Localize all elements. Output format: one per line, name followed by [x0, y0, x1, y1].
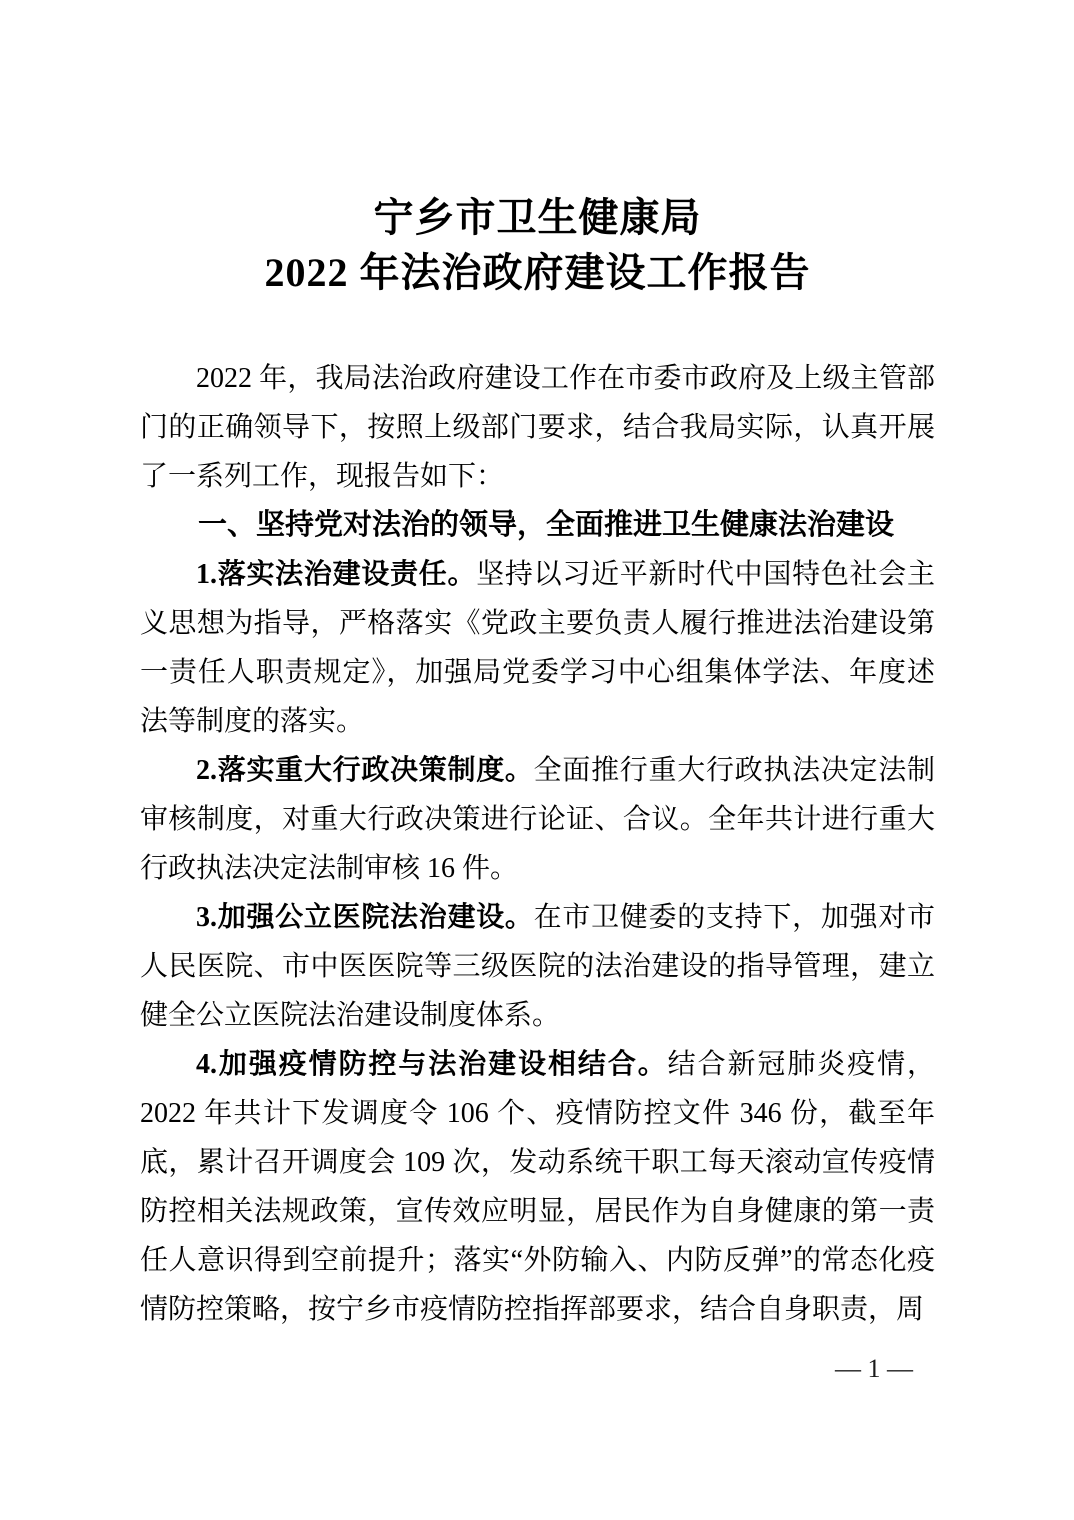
item-paragraph-1: 1.落实法治建设责任。坚持以习近平新时代中国特色社会主义思想为指导，严格落实《党…: [140, 550, 935, 746]
document-page: 宁乡市卫生健康局 2022 年法治政府建设工作报告 2022 年，我局法治政府建…: [0, 0, 1074, 1520]
item-paragraph-4: 4.加强疫情防控与法治建设相结合。结合新冠肺炎疫情，2022 年共计下发调度令 …: [140, 1040, 935, 1334]
item-4-lead: 4.加强疫情防控与法治建设相结合。: [196, 1049, 668, 1080]
section-heading: 一、坚持党对法治的领导，全面推进卫生健康法治建设: [140, 501, 935, 550]
title-line-1: 宁乡市卫生健康局: [140, 190, 935, 245]
intro-paragraph: 2022 年，我局法治政府建设工作在市委市政府及上级主管部门的正确领导下，按照上…: [140, 354, 935, 501]
document-body: 2022 年，我局法治政府建设工作在市委市政府及上级主管部门的正确领导下，按照上…: [140, 354, 935, 1334]
document-title: 宁乡市卫生健康局 2022 年法治政府建设工作报告: [140, 190, 935, 300]
item-2-lead: 2.落实重大行政决策制度。: [196, 755, 534, 786]
title-line-2: 2022 年法治政府建设工作报告: [140, 245, 935, 300]
page-footer: — 1 —: [835, 1352, 913, 1386]
item-paragraph-3: 3.加强公立医院法治建设。在市卫健委的支持下，加强对市人民医院、市中医医院等三级…: [140, 893, 935, 1040]
item-1-lead: 1.落实法治建设责任。: [196, 559, 476, 590]
page-number: — 1 —: [835, 1354, 913, 1383]
item-3-lead: 3.加强公立医院法治建设。: [196, 902, 534, 933]
item-paragraph-2: 2.落实重大行政决策制度。全面推行重大行政执法决定法制审核制度，对重大行政决策进…: [140, 746, 935, 893]
item-4-text: 结合新冠肺炎疫情，2022 年共计下发调度令 106 个、疫情防控文件 346 …: [140, 1049, 935, 1325]
